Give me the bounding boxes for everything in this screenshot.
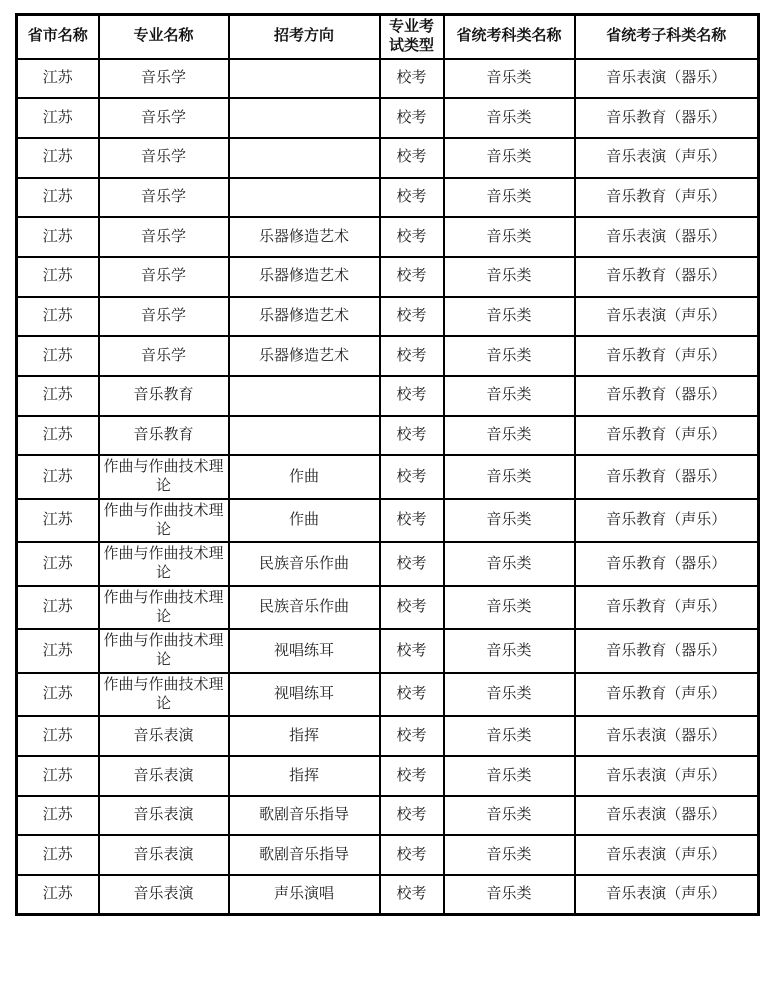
table-cell: 指挥 — [229, 756, 380, 796]
table-cell: 民族音乐作曲 — [229, 586, 380, 630]
table-cell: 音乐学 — [99, 297, 229, 337]
column-header-category: 省统考科类名称 — [444, 15, 575, 59]
table-cell — [229, 178, 380, 218]
table-cell: 音乐教育 — [99, 416, 229, 456]
table-cell: 作曲与作曲技术理论 — [99, 542, 229, 586]
table-cell: 音乐类 — [444, 59, 575, 99]
table-header: 省市名称 专业名称 招考方向 专业考试类型 省统考科类名称 省统考子科类名称 — [17, 15, 759, 59]
table-row: 江苏音乐学校考音乐类音乐表演（器乐） — [17, 59, 759, 99]
table-cell: 音乐类 — [444, 875, 575, 915]
table-cell: 音乐类 — [444, 542, 575, 586]
table-cell: 音乐表演（声乐） — [575, 138, 759, 178]
table-cell: 音乐教育 — [99, 376, 229, 416]
table-cell: 校考 — [380, 416, 444, 456]
table-cell: 歌剧音乐指导 — [229, 796, 380, 836]
table-row: 江苏音乐表演指挥校考音乐类音乐表演（声乐） — [17, 756, 759, 796]
table-cell: 江苏 — [17, 416, 99, 456]
table-cell: 指挥 — [229, 716, 380, 756]
table-cell: 江苏 — [17, 138, 99, 178]
table-cell: 音乐表演 — [99, 796, 229, 836]
table-cell: 音乐类 — [444, 217, 575, 257]
table-cell: 视唱练耳 — [229, 673, 380, 717]
table-cell: 乐器修造艺术 — [229, 257, 380, 297]
column-header-subcategory: 省统考子科类名称 — [575, 15, 759, 59]
table-cell: 民族音乐作曲 — [229, 542, 380, 586]
table-cell: 音乐类 — [444, 376, 575, 416]
table-cell: 音乐教育（器乐） — [575, 629, 759, 673]
table-row: 江苏音乐表演歌剧音乐指导校考音乐类音乐表演（器乐） — [17, 796, 759, 836]
table-cell: 声乐演唱 — [229, 875, 380, 915]
table-row: 江苏音乐学乐器修造艺术校考音乐类音乐教育（器乐） — [17, 257, 759, 297]
table-cell: 江苏 — [17, 59, 99, 99]
table-row: 江苏音乐教育校考音乐类音乐教育（声乐） — [17, 416, 759, 456]
table-cell: 音乐表演（声乐） — [575, 835, 759, 875]
column-header-major: 专业名称 — [99, 15, 229, 59]
table-cell: 作曲与作曲技术理论 — [99, 499, 229, 543]
table-cell: 音乐表演（器乐） — [575, 59, 759, 99]
table-cell: 音乐教育（器乐） — [575, 98, 759, 138]
table-cell: 作曲 — [229, 499, 380, 543]
table-cell: 江苏 — [17, 297, 99, 337]
table-cell: 音乐类 — [444, 629, 575, 673]
table-cell: 音乐类 — [444, 455, 575, 499]
table-cell: 视唱练耳 — [229, 629, 380, 673]
table-cell — [229, 138, 380, 178]
table-cell: 江苏 — [17, 586, 99, 630]
table-cell: 江苏 — [17, 455, 99, 499]
table-cell: 校考 — [380, 835, 444, 875]
table-cell: 音乐教育（器乐） — [575, 455, 759, 499]
table-cell: 江苏 — [17, 499, 99, 543]
table-cell: 江苏 — [17, 673, 99, 717]
table-cell: 音乐表演 — [99, 835, 229, 875]
table-cell: 校考 — [380, 542, 444, 586]
table-cell: 江苏 — [17, 542, 99, 586]
table-cell: 音乐表演（器乐） — [575, 217, 759, 257]
table-row: 江苏作曲与作曲技术理论民族音乐作曲校考音乐类音乐教育（器乐） — [17, 542, 759, 586]
table-row: 江苏作曲与作曲技术理论作曲校考音乐类音乐教育（声乐） — [17, 499, 759, 543]
table-cell: 音乐学 — [99, 336, 229, 376]
table-cell: 音乐表演（声乐） — [575, 297, 759, 337]
table-cell: 乐器修造艺术 — [229, 297, 380, 337]
table-cell — [229, 416, 380, 456]
table-cell: 作曲与作曲技术理论 — [99, 673, 229, 717]
table-cell: 音乐表演（声乐） — [575, 756, 759, 796]
table-cell: 音乐表演 — [99, 716, 229, 756]
table-cell: 音乐类 — [444, 586, 575, 630]
table-cell: 江苏 — [17, 336, 99, 376]
table-cell: 音乐类 — [444, 336, 575, 376]
table-row: 江苏音乐学乐器修造艺术校考音乐类音乐表演（声乐） — [17, 297, 759, 337]
table-cell: 音乐表演（器乐） — [575, 716, 759, 756]
admissions-exam-table: 省市名称 专业名称 招考方向 专业考试类型 省统考科类名称 省统考子科类名称 江… — [15, 13, 760, 916]
table-cell: 音乐类 — [444, 756, 575, 796]
table-body: 江苏音乐学校考音乐类音乐表演（器乐）江苏音乐学校考音乐类音乐教育（器乐）江苏音乐… — [17, 59, 759, 915]
table-cell: 作曲与作曲技术理论 — [99, 586, 229, 630]
column-header-exam-type: 专业考试类型 — [380, 15, 444, 59]
table-cell: 音乐类 — [444, 673, 575, 717]
table-cell: 音乐教育（声乐） — [575, 673, 759, 717]
table-cell: 校考 — [380, 499, 444, 543]
table-cell: 校考 — [380, 257, 444, 297]
table-row: 江苏音乐学校考音乐类音乐教育（器乐） — [17, 98, 759, 138]
table-cell: 校考 — [380, 98, 444, 138]
table-row: 江苏音乐学校考音乐类音乐教育（声乐） — [17, 178, 759, 218]
table-cell: 音乐教育（声乐） — [575, 586, 759, 630]
table-cell: 校考 — [380, 629, 444, 673]
table-row: 江苏音乐表演指挥校考音乐类音乐表演（器乐） — [17, 716, 759, 756]
header-row: 省市名称 专业名称 招考方向 专业考试类型 省统考科类名称 省统考子科类名称 — [17, 15, 759, 59]
table-row: 江苏音乐学乐器修造艺术校考音乐类音乐教育（声乐） — [17, 336, 759, 376]
table-row: 江苏音乐学乐器修造艺术校考音乐类音乐表演（器乐） — [17, 217, 759, 257]
table-row: 江苏音乐学校考音乐类音乐表演（声乐） — [17, 138, 759, 178]
table-cell: 音乐教育（声乐） — [575, 499, 759, 543]
table-cell: 音乐表演（器乐） — [575, 796, 759, 836]
table-cell: 音乐类 — [444, 716, 575, 756]
table-cell: 作曲与作曲技术理论 — [99, 455, 229, 499]
table-cell: 音乐表演 — [99, 756, 229, 796]
table-cell: 音乐类 — [444, 796, 575, 836]
table-cell: 作曲与作曲技术理论 — [99, 629, 229, 673]
table-row: 江苏作曲与作曲技术理论视唱练耳校考音乐类音乐教育（器乐） — [17, 629, 759, 673]
table-cell: 乐器修造艺术 — [229, 217, 380, 257]
table-cell: 音乐教育（声乐） — [575, 178, 759, 218]
table-cell: 校考 — [380, 59, 444, 99]
table-cell: 江苏 — [17, 376, 99, 416]
table-cell: 音乐类 — [444, 416, 575, 456]
table-cell: 校考 — [380, 178, 444, 218]
table-cell: 江苏 — [17, 835, 99, 875]
table-cell: 音乐类 — [444, 178, 575, 218]
table-cell: 音乐教育（器乐） — [575, 257, 759, 297]
table-cell: 江苏 — [17, 98, 99, 138]
table-cell: 校考 — [380, 376, 444, 416]
table-cell: 歌剧音乐指导 — [229, 835, 380, 875]
table-cell: 校考 — [380, 716, 444, 756]
table-cell: 音乐表演 — [99, 875, 229, 915]
table-cell: 音乐类 — [444, 297, 575, 337]
table-cell: 校考 — [380, 217, 444, 257]
table-cell: 作曲 — [229, 455, 380, 499]
table-row: 江苏音乐表演声乐演唱校考音乐类音乐表演（声乐） — [17, 875, 759, 915]
table-cell: 江苏 — [17, 178, 99, 218]
table-cell: 音乐学 — [99, 138, 229, 178]
table-cell: 音乐学 — [99, 217, 229, 257]
table-cell: 校考 — [380, 297, 444, 337]
table-cell: 校考 — [380, 796, 444, 836]
table-cell: 乐器修造艺术 — [229, 336, 380, 376]
table-row: 江苏音乐教育校考音乐类音乐教育（器乐） — [17, 376, 759, 416]
table-cell: 校考 — [380, 138, 444, 178]
table-cell: 音乐学 — [99, 257, 229, 297]
column-header-province: 省市名称 — [17, 15, 99, 59]
table-cell: 江苏 — [17, 796, 99, 836]
table-cell: 音乐教育（声乐） — [575, 336, 759, 376]
table-cell: 江苏 — [17, 756, 99, 796]
table-cell: 音乐学 — [99, 59, 229, 99]
table-cell — [229, 98, 380, 138]
table-cell: 校考 — [380, 673, 444, 717]
table-cell: 音乐类 — [444, 98, 575, 138]
table-cell: 音乐类 — [444, 835, 575, 875]
table-cell: 江苏 — [17, 716, 99, 756]
table-cell — [229, 376, 380, 416]
table-cell: 音乐类 — [444, 138, 575, 178]
table-cell: 音乐学 — [99, 98, 229, 138]
table-cell: 校考 — [380, 336, 444, 376]
table-cell: 江苏 — [17, 257, 99, 297]
table-row: 江苏作曲与作曲技术理论作曲校考音乐类音乐教育（器乐） — [17, 455, 759, 499]
table-cell: 音乐教育（器乐） — [575, 542, 759, 586]
table-cell: 江苏 — [17, 875, 99, 915]
table-cell: 音乐教育（器乐） — [575, 376, 759, 416]
table-cell: 音乐表演（声乐） — [575, 875, 759, 915]
table-cell — [229, 59, 380, 99]
table-cell: 音乐教育（声乐） — [575, 416, 759, 456]
table-cell: 音乐类 — [444, 499, 575, 543]
table-cell: 江苏 — [17, 217, 99, 257]
column-header-direction: 招考方向 — [229, 15, 380, 59]
table-cell: 校考 — [380, 875, 444, 915]
table-cell: 江苏 — [17, 629, 99, 673]
table-cell: 音乐学 — [99, 178, 229, 218]
table-row: 江苏作曲与作曲技术理论民族音乐作曲校考音乐类音乐教育（声乐） — [17, 586, 759, 630]
table-cell: 校考 — [380, 586, 444, 630]
table-row: 江苏作曲与作曲技术理论视唱练耳校考音乐类音乐教育（声乐） — [17, 673, 759, 717]
table-row: 江苏音乐表演歌剧音乐指导校考音乐类音乐表演（声乐） — [17, 835, 759, 875]
table-cell: 校考 — [380, 756, 444, 796]
document-page: 省市名称 专业名称 招考方向 专业考试类型 省统考科类名称 省统考子科类名称 江… — [0, 0, 768, 986]
table-cell: 校考 — [380, 455, 444, 499]
table-cell: 音乐类 — [444, 257, 575, 297]
